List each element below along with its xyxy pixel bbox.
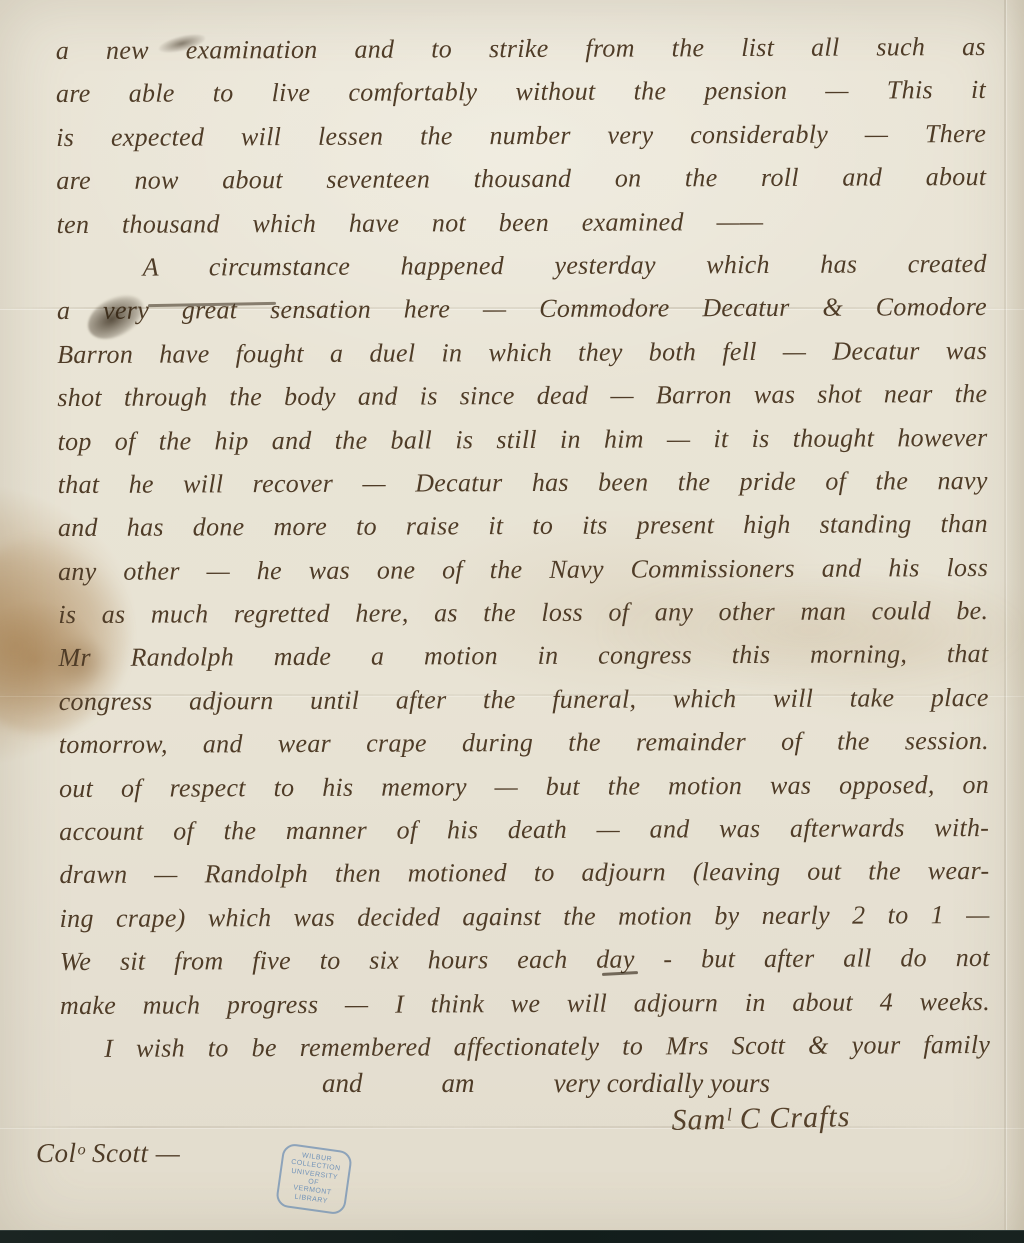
scan-edge [0,1230,1024,1243]
valediction-row: and am very cordially yours [322,1068,770,1099]
letter-line: account of the manner of his death — and… [59,806,989,853]
letter-line: congress adjourn until after the funeral… [59,676,989,723]
letter-line: are now about seventeen thousand on the … [56,155,986,202]
library-stamp: WILBURCOLLECTIONUNIVERSITYOFVERMONTLIBRA… [275,1142,353,1215]
letter-line: and has done more to raise it to its pre… [58,502,988,549]
letter-line: I wish to be remembered affectionately t… [60,1023,990,1070]
letter-line: A circumstance happened yesterday which … [57,242,987,289]
letter-line: We sit from five to six hours each day -… [60,936,990,983]
letter-line: tomorrow, and wear crape during the rema… [59,719,989,766]
letter-page: a new examination and to strike from the… [0,0,1024,1243]
letter-line: is as much regretted here, as the loss o… [58,589,988,636]
letter-line: any other — he was one of the Navy Commi… [58,546,988,593]
letter-line: ten thousand which have not been examine… [56,200,763,246]
letter-line: ing crape) which was decided against the… [60,893,990,940]
letter-line: that he will recover — Decatur has been … [58,459,988,506]
letter-line: make much progress — I think we will adj… [60,980,990,1027]
valediction-word: and [322,1068,363,1099]
letter-line: is expected will lessen the number very … [56,112,986,159]
letter-line: Mr Randolph made a motion in congress th… [58,632,988,679]
addressee-line: Colᵒ Scott — [36,1138,180,1169]
letter-line: a new examination and to strike from the… [56,25,986,72]
valediction-word: very cordially yours [554,1068,770,1099]
valediction-word: am [442,1068,475,1099]
letter-line: out of respect to his memory — but the m… [59,763,989,810]
letter-line: shot through the body and is since dead … [57,372,987,419]
letter-line: drawn — Randolph then motioned to adjour… [59,849,989,896]
letter-line: Barron have fought a duel in which they … [57,329,987,376]
letter-line: a very great sensation here — Commodore … [57,285,987,332]
letter-line: are able to live comfortably without the… [56,68,986,115]
letter-body: a new examination and to strike from the… [56,25,991,1070]
signature: Samˡ C Crafts [618,1099,905,1139]
letter-line: top of the hip and the ball is still in … [57,415,987,462]
